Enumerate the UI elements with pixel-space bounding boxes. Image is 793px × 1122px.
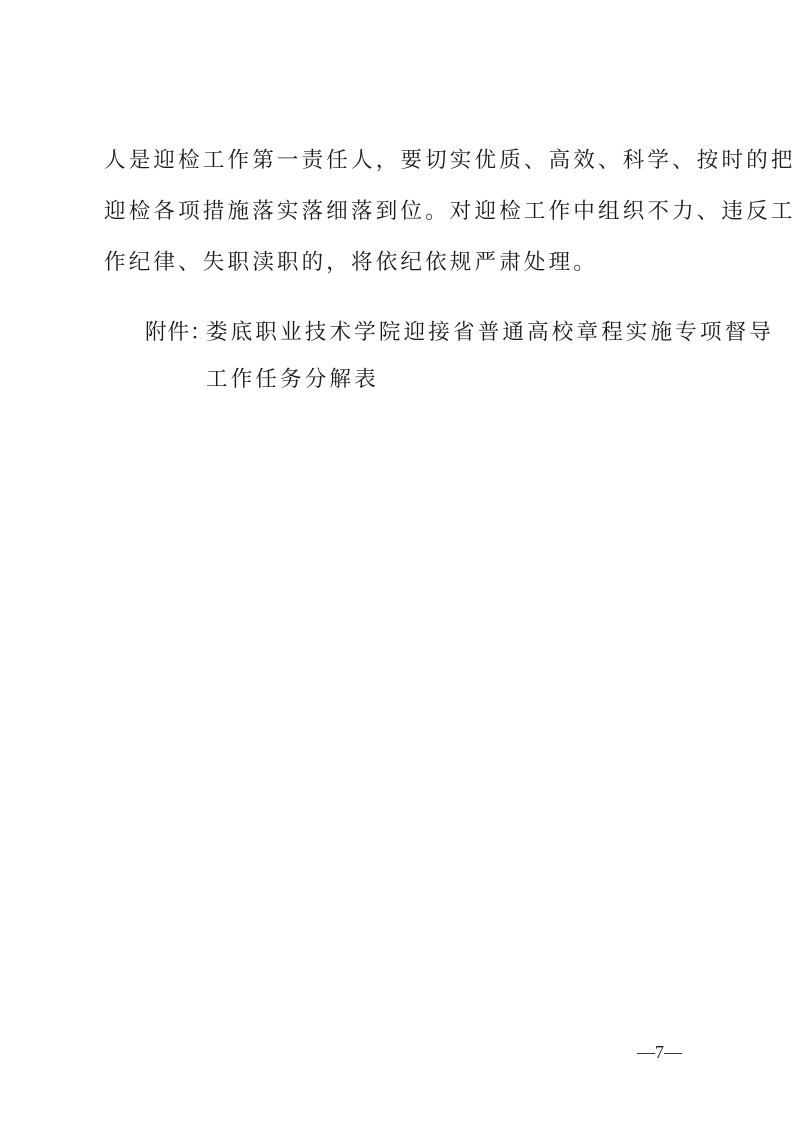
page-number: —7— (637, 1042, 682, 1063)
attachment-title-line: 工作任务分解表 (206, 369, 379, 391)
attachment-label: 附件： (145, 322, 213, 344)
paragraph-line: 人是迎检工作第一责任人，要切实优质、高效、科学、按时的把 (104, 150, 793, 172)
paragraph-line: 迎检各项措施落实落细落到位。对迎检工作中组织不力、违反工 (104, 201, 793, 223)
paragraph-line: 作纪律、失职渎职的，将依纪依规严肃处理。 (104, 252, 598, 274)
attachment-title-line: 娄底职业技术学院迎接省普通高校章程实施专项督导 (206, 322, 774, 344)
